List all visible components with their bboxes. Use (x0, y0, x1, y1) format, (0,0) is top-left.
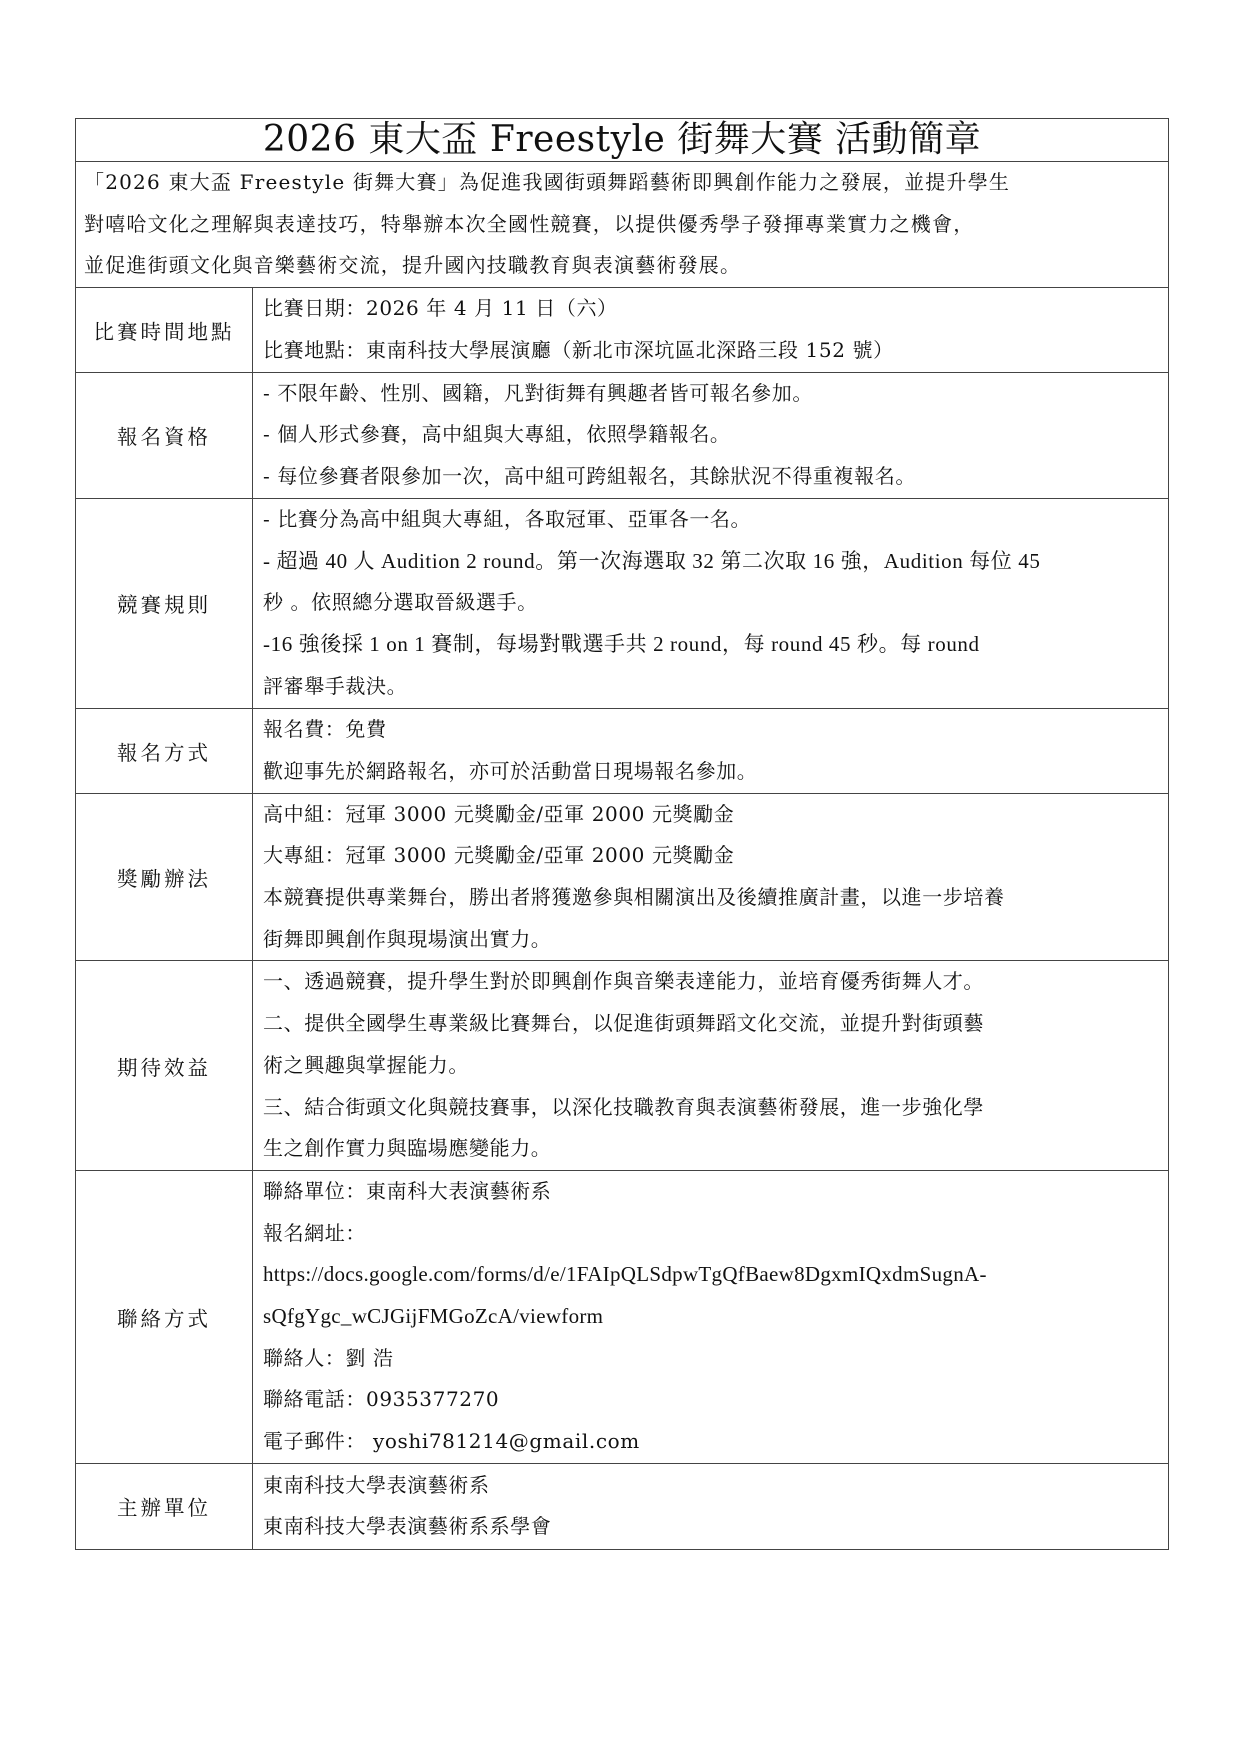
brochure-table: 2026 東大盃 Freestyle 街舞大賽 活動簡章 「2026 東大盃 F… (75, 118, 1169, 1550)
registration-fee: 報名費：免費 (263, 709, 1158, 751)
rule-item-continued: 秒 。依照總分選取晉級選手。 (263, 582, 1158, 624)
award-note-continued: 街舞即興創作與現場演出實力。 (263, 919, 1158, 961)
registration-url-link-continued[interactable]: sQfgYgc_wCJGijFMGoZcA/viewform (263, 1296, 1158, 1338)
document-title: 2026 東大盃 Freestyle 街舞大賽 活動簡章 (76, 119, 1169, 162)
title-row: 2026 東大盃 Freestyle 街舞大賽 活動簡章 (76, 119, 1169, 162)
eligibility-item: - 不限年齡、性別、國籍，凡對街舞有興趣者皆可報名參加。 (263, 373, 1158, 415)
row-content: 比賽日期：2026 年 4 月 11 日（六） 比賽地點：東南科技大學展演廳（新… (253, 288, 1169, 372)
row-label: 報名方式 (76, 708, 253, 793)
benefit-item-continued: 生之創作實力與臨場應變能力。 (263, 1128, 1158, 1170)
rule-item: - 超過 40 人 Audition 2 round。第一次海選取 32 第二次… (263, 541, 1158, 583)
intro-line: 對嘻哈文化之理解與表達技巧，特舉辦本次全國性競賽，以提供優秀學子發揮專業實力之機… (84, 204, 1160, 246)
intro-line: 並促進街頭文化與音樂藝術交流，提升國內技職教育與表演藝術發展。 (84, 245, 1160, 287)
row-content: 一、透過競賽，提升學生對於即興創作與音樂表達能力，並培育優秀街舞人才。 二、提供… (253, 961, 1169, 1171)
row-label: 獎勵辦法 (76, 793, 253, 961)
intro-line: 「2026 東大盃 Freestyle 街舞大賽」為促進我國街頭舞蹈藝術即興創作… (84, 162, 1160, 204)
row-label: 期待效益 (76, 961, 253, 1171)
award-high-school: 高中組：冠軍 3000 元獎勵金/亞軍 2000 元獎勵金 (263, 794, 1158, 836)
eligibility-item: - 個人形式參賽，高中組與大專組，依照學籍報名。 (263, 414, 1158, 456)
row-contact: 聯絡方式 聯絡單位：東南科大表演藝術系 報名網址： https://docs.g… (76, 1170, 1169, 1463)
row-time-place: 比賽時間地點 比賽日期：2026 年 4 月 11 日（六） 比賽地點：東南科技… (76, 288, 1169, 372)
row-label: 比賽時間地點 (76, 288, 253, 372)
row-expected-benefits: 期待效益 一、透過競賽，提升學生對於即興創作與音樂表達能力，並培育優秀街舞人才。… (76, 961, 1169, 1171)
contact-phone: 聯絡電話：0935377270 (263, 1379, 1158, 1421)
row-label: 主辦單位 (76, 1463, 253, 1549)
event-brochure: 2026 東大盃 Freestyle 街舞大賽 活動簡章 「2026 東大盃 F… (75, 118, 1168, 1550)
registration-note: 歡迎事先於網路報名，亦可於活動當日現場報名參加。 (263, 751, 1158, 793)
row-label: 報名資格 (76, 372, 253, 498)
row-content: 東南科技大學表演藝術系 東南科技大學表演藝術系系學會 (253, 1463, 1169, 1549)
registration-url-link[interactable]: https://docs.google.com/forms/d/e/1FAIpQ… (263, 1254, 1158, 1296)
benefit-item-continued: 術之興趣與掌握能力。 (263, 1045, 1158, 1087)
intro-paragraph: 「2026 東大盃 Freestyle 街舞大賽」為促進我國街頭舞蹈藝術即興創作… (76, 162, 1169, 288)
event-date: 比賽日期：2026 年 4 月 11 日（六） (263, 288, 1158, 330)
organizer-name: 東南科技大學表演藝術系系學會 (263, 1506, 1158, 1548)
award-college: 大專組：冠軍 3000 元獎勵金/亞軍 2000 元獎勵金 (263, 835, 1158, 877)
organizer-name: 東南科技大學表演藝術系 (263, 1465, 1158, 1507)
row-content: - 不限年齡、性別、國籍，凡對街舞有興趣者皆可報名參加。 - 個人形式參賽，高中… (253, 372, 1169, 498)
row-content: 高中組：冠軍 3000 元獎勵金/亞軍 2000 元獎勵金 大專組：冠軍 300… (253, 793, 1169, 961)
event-venue: 比賽地點：東南科技大學展演廳（新北市深坑區北深路三段 152 號） (263, 330, 1158, 372)
row-label: 競賽規則 (76, 498, 253, 708)
row-content: 報名費：免費 歡迎事先於網路報名，亦可於活動當日現場報名參加。 (253, 708, 1169, 793)
row-registration: 報名方式 報名費：免費 歡迎事先於網路報名，亦可於活動當日現場報名參加。 (76, 708, 1169, 793)
contact-unit: 聯絡單位：東南科大表演藝術系 (263, 1171, 1158, 1213)
benefit-item: 一、透過競賽，提升學生對於即興創作與音樂表達能力，並培育優秀街舞人才。 (263, 961, 1158, 1003)
contact-email[interactable]: 電子郵件： yoshi781214@gmail.com (263, 1421, 1158, 1463)
row-organizer: 主辦單位 東南科技大學表演藝術系 東南科技大學表演藝術系系學會 (76, 1463, 1169, 1549)
row-content: 聯絡單位：東南科大表演藝術系 報名網址： https://docs.google… (253, 1170, 1169, 1463)
award-note: 本競賽提供專業舞台，勝出者將獲邀參與相關演出及後續推廣計畫，以進一步培養 (263, 877, 1158, 919)
contact-person: 聯絡人：劉 浩 (263, 1338, 1158, 1380)
rule-item: - 比賽分為高中組與大專組，各取冠軍、亞軍各一名。 (263, 499, 1158, 541)
registration-url-label: 報名網址： (263, 1213, 1158, 1255)
rule-item-continued: 評審舉手裁決。 (263, 666, 1158, 708)
rule-item: -16 強後採 1 on 1 賽制，每場對戰選手共 2 round，每 roun… (263, 624, 1158, 666)
row-content: - 比賽分為高中組與大專組，各取冠軍、亞軍各一名。 - 超過 40 人 Audi… (253, 498, 1169, 708)
row-eligibility: 報名資格 - 不限年齡、性別、國籍，凡對街舞有興趣者皆可報名參加。 - 個人形式… (76, 372, 1169, 498)
row-label: 聯絡方式 (76, 1170, 253, 1463)
intro-row: 「2026 東大盃 Freestyle 街舞大賽」為促進我國街頭舞蹈藝術即興創作… (76, 162, 1169, 288)
benefit-item: 三、結合街頭文化與競技賽事，以深化技職教育與表演藝術發展，進一步強化學 (263, 1087, 1158, 1129)
eligibility-item: - 每位參賽者限參加一次，高中組可跨組報名，其餘狀況不得重複報名。 (263, 456, 1158, 498)
benefit-item: 二、提供全國學生專業級比賽舞台，以促進街頭舞蹈文化交流，並提升對街頭藝 (263, 1003, 1158, 1045)
row-awards: 獎勵辦法 高中組：冠軍 3000 元獎勵金/亞軍 2000 元獎勵金 大專組：冠… (76, 793, 1169, 961)
row-rules: 競賽規則 - 比賽分為高中組與大專組，各取冠軍、亞軍各一名。 - 超過 40 人… (76, 498, 1169, 708)
